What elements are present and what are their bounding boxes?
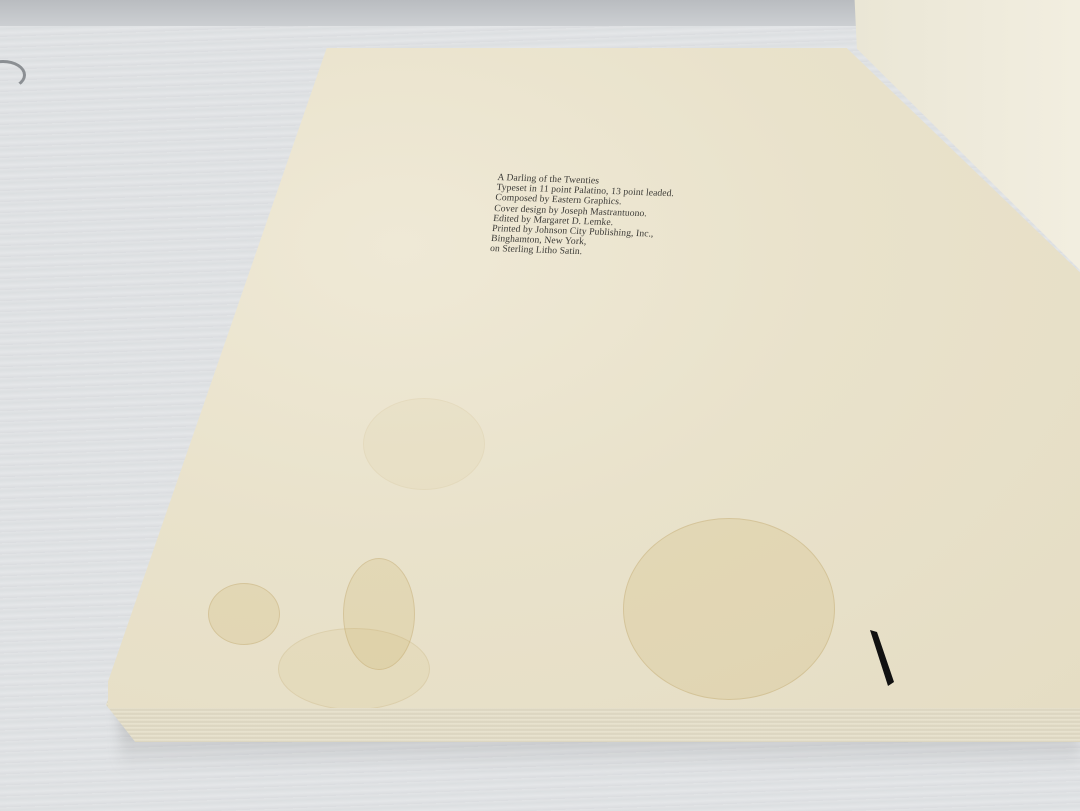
water-stain — [363, 398, 485, 490]
water-stain — [278, 628, 430, 710]
water-stain — [623, 518, 835, 700]
handwritten-mark-icon — [868, 628, 896, 688]
water-stain — [208, 583, 280, 645]
colophon: A Darling of the Twenties Typeset in 11 … — [489, 173, 787, 265]
